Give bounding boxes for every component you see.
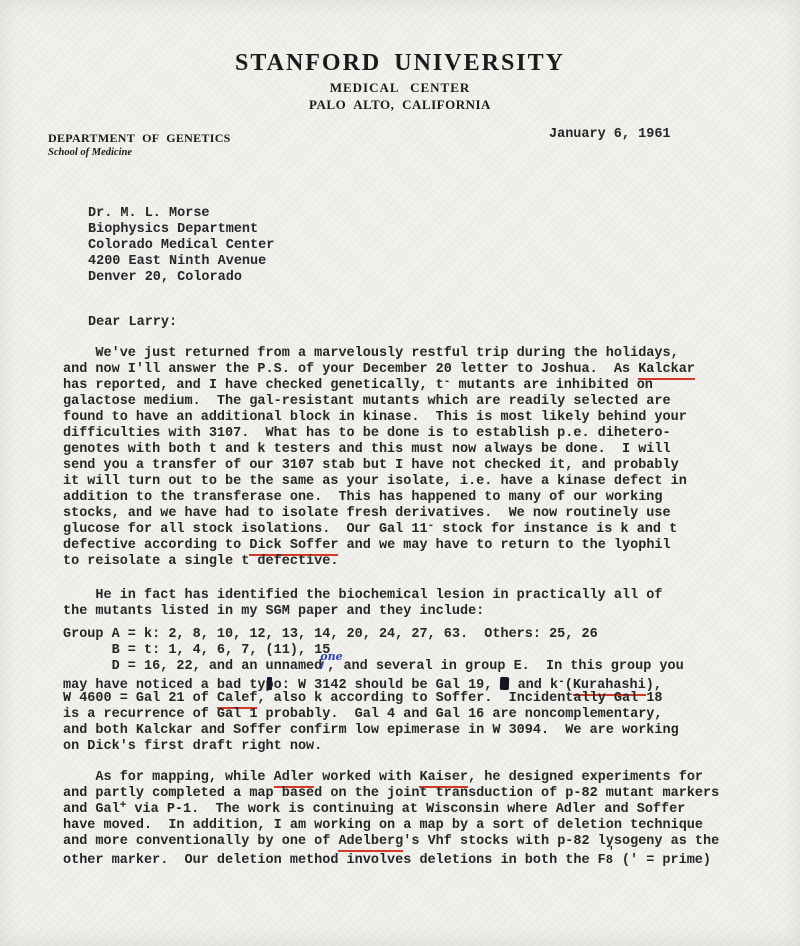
body-line: on Dick's first draft right now. (63, 739, 719, 755)
recipient-address: Dr. M. L. Morse Biophysics Department Co… (88, 206, 274, 286)
body-line: As for mapping, while Adler worked with … (63, 770, 719, 786)
letterhead: STANFORD UNIVERSITY MEDICAL CENTER PALO … (0, 50, 800, 113)
university-name: STANFORD UNIVERSITY (0, 50, 800, 77)
red-underlined-name: Dick Soffer (249, 538, 338, 556)
body-line: found to have an additional block in kin… (63, 410, 719, 426)
body-line: Group A = k: 2, 8, 10, 12, 13, 14, 20, 2… (63, 627, 719, 643)
body-line: and both Kalckar and Soffer confirm low … (63, 723, 719, 739)
address-line: 4200 East Ninth Avenue (88, 254, 274, 270)
address-line: Denver 20, Colorado (88, 270, 274, 286)
f-prime-notation: '8 (606, 850, 614, 863)
body-paragraph: As for mapping, while Adler worked with … (63, 770, 719, 866)
superscript: + (120, 800, 127, 812)
ink-blot (267, 677, 272, 690)
superscript: - (558, 676, 565, 688)
red-underlined-name: Kalckar (638, 362, 695, 380)
letter-page: STANFORD UNIVERSITY MEDICAL CENTER PALO … (0, 0, 800, 946)
ink-blot (500, 677, 509, 690)
body-line: and partly completed a map based on the … (63, 786, 719, 802)
body-paragraph: He in fact has identified the biochemica… (63, 588, 719, 620)
body-line: the mutants listed in my SGM paper and t… (63, 604, 719, 620)
city-line: PALO ALTO, CALIFORNIA (0, 97, 800, 113)
body-line: is a recurrence of Gal 1 probably. Gal 4… (63, 707, 719, 723)
department-block: DEPARTMENT OF GENETICS School of Medicin… (48, 131, 231, 158)
body-line: genotes with both t and k testers and th… (63, 442, 719, 458)
medical-center-line: MEDICAL CENTER (0, 80, 800, 96)
body-line: galactose medium. The gal-resistant muta… (63, 394, 719, 410)
body-line: defective according to Dick Soffer and w… (63, 538, 719, 554)
address-line: Dr. M. L. Morse (88, 206, 274, 222)
body-line: addition to the transferase one. This ha… (63, 490, 719, 506)
address-line: Colorado Medical Center (88, 238, 274, 254)
body-line: We've just returned from a marvelously r… (63, 346, 719, 362)
address-line: Biophysics Department (88, 222, 274, 238)
body-paragraph: Group A = k: 2, 8, 10, 12, 13, 14, 20, 2… (63, 627, 719, 755)
handwritten-insertion: one (320, 652, 325, 662)
body-line: other marker. Our deletion method involv… (63, 850, 719, 866)
body-line: B = t: 1, 4, 6, 7, (11), 15 (63, 643, 719, 659)
letter-body: We've just returned from a marvelously r… (63, 346, 719, 866)
body-line: have moved. In addition, I am working on… (63, 818, 719, 834)
body-line: and now I'll answer the P.S. of your Dec… (63, 362, 719, 378)
red-underlined-name: Kaiser (419, 770, 468, 788)
salutation: Dear Larry: (88, 315, 177, 330)
body-line: He in fact has identified the biochemica… (63, 588, 719, 604)
red-underlined-name: Calef (217, 691, 258, 709)
body-line: to reisolate a single t defective. (63, 554, 719, 570)
department-name: DEPARTMENT OF GENETICS (48, 131, 231, 146)
letter-date: January 6, 1961 (549, 127, 671, 142)
body-line: it will turn out to be the same as your … (63, 474, 719, 490)
superscript: - (444, 376, 451, 388)
body-line: D = 16, 22, and an unnamedone, and sever… (63, 659, 719, 675)
red-underlined-name: Adler (274, 770, 315, 788)
body-paragraph: We've just returned from a marvelously r… (63, 346, 719, 570)
body-line: has reported, and I have checked genetic… (63, 378, 719, 394)
body-line: send you a transfer of our 3107 stab but… (63, 458, 719, 474)
body-line: and more conventionally by one of Adelbe… (63, 834, 719, 850)
body-line: and Gal+ via P-1. The work is continuing… (63, 802, 719, 818)
body-line: stocks, and we have had to isolate fresh… (63, 506, 719, 522)
body-line: W 4600 = Gal 21 of Calef, also k accordi… (63, 691, 719, 707)
body-line: difficulties with 3107. What has to be d… (63, 426, 719, 442)
school-name: School of Medicine (48, 147, 231, 158)
body-line: may have noticed a bad typo: W 3142 shou… (63, 675, 719, 691)
red-underlined-name: Adelberg (338, 834, 403, 852)
superscript: - (428, 520, 435, 532)
body-line: glucose for all stock isolations. Our Ga… (63, 522, 719, 538)
